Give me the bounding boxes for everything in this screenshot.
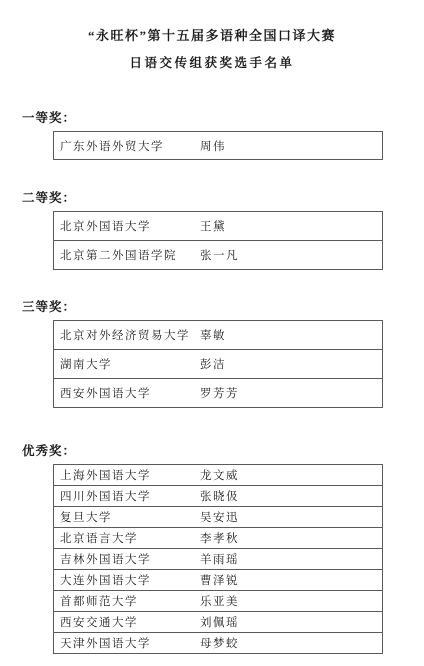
award-section: 二等奖：北京外国语大学王黛北京第二外国语学院张一凡 bbox=[0, 191, 424, 270]
winner-name-cell: 刘佩瑶 bbox=[194, 612, 383, 633]
section-label: 三等奖： bbox=[22, 300, 424, 314]
document-title: “永旺杯”第十五届多语种全国口译大赛 bbox=[0, 28, 424, 44]
school-cell: 大连外国语大学 bbox=[54, 570, 195, 591]
award-table: 北京对外经济贸易大学辜敏湖南大学彭洁西安外国语大学罗芳芳 bbox=[53, 320, 383, 408]
award-table: 广东外语外贸大学周伟 bbox=[53, 131, 383, 160]
award-table: 北京外国语大学王黛北京第二外国语学院张一凡 bbox=[53, 211, 383, 270]
school-cell: 西安交通大学 bbox=[54, 612, 195, 633]
school-cell: 天津外国语大学 bbox=[54, 633, 195, 654]
winner-name-cell: 罗芳芳 bbox=[194, 379, 383, 408]
school-cell: 西安外国语大学 bbox=[54, 379, 195, 408]
winner-name-cell: 龙文威 bbox=[194, 465, 383, 486]
award-section: 一等奖：广东外语外贸大学周伟 bbox=[0, 111, 424, 160]
school-cell: 首都师范大学 bbox=[54, 591, 195, 612]
table-row: 北京第二外国语学院张一凡 bbox=[54, 241, 383, 270]
table-row: 吉林外国语大学羊雨瑶 bbox=[54, 549, 383, 570]
table-row: 西安外国语大学罗芳芳 bbox=[54, 379, 383, 408]
school-cell: 北京对外经济贸易大学 bbox=[54, 321, 195, 350]
table-row: 四川外国语大学张晓伋 bbox=[54, 486, 383, 507]
table-row: 首都师范大学乐亚美 bbox=[54, 591, 383, 612]
table-row: 北京语言大学李孝秋 bbox=[54, 528, 383, 549]
award-section: 优秀奖：上海外国语大学龙文威四川外国语大学张晓伋复旦大学吴安迅北京语言大学李孝秋… bbox=[0, 444, 424, 654]
table-row: 北京对外经济贸易大学辜敏 bbox=[54, 321, 383, 350]
school-cell: 湖南大学 bbox=[54, 350, 195, 379]
document-subtitle: 日语交传组获奖选手名单 bbox=[0, 56, 424, 71]
winner-name-cell: 吴安迅 bbox=[194, 507, 383, 528]
award-section: 三等奖：北京对外经济贸易大学辜敏湖南大学彭洁西安外国语大学罗芳芳 bbox=[0, 300, 424, 408]
school-cell: 四川外国语大学 bbox=[54, 486, 195, 507]
document-page: “永旺杯”第十五届多语种全国口译大赛 日语交传组获奖选手名单 一等奖：广东外语外… bbox=[0, 0, 424, 666]
table-row: 西安交通大学刘佩瑶 bbox=[54, 612, 383, 633]
sections: 一等奖：广东外语外贸大学周伟二等奖：北京外国语大学王黛北京第二外国语学院张一凡三… bbox=[0, 111, 424, 654]
table-row: 北京外国语大学王黛 bbox=[54, 212, 383, 241]
school-cell: 北京第二外国语学院 bbox=[54, 241, 195, 270]
section-label: 一等奖： bbox=[22, 111, 424, 125]
school-cell: 北京语言大学 bbox=[54, 528, 195, 549]
winner-name-cell: 母梦蛟 bbox=[194, 633, 383, 654]
winner-name-cell: 乐亚美 bbox=[194, 591, 383, 612]
winner-name-cell: 羊雨瑶 bbox=[194, 549, 383, 570]
winner-name-cell: 辜敏 bbox=[194, 321, 383, 350]
winner-name-cell: 曹泽锐 bbox=[194, 570, 383, 591]
school-cell: 吉林外国语大学 bbox=[54, 549, 195, 570]
school-cell: 广东外语外贸大学 bbox=[54, 132, 195, 160]
award-table: 上海外国语大学龙文威四川外国语大学张晓伋复旦大学吴安迅北京语言大学李孝秋吉林外国… bbox=[53, 464, 383, 654]
section-label: 二等奖： bbox=[22, 191, 424, 205]
table-row: 天津外国语大学母梦蛟 bbox=[54, 633, 383, 654]
table-row: 湖南大学彭洁 bbox=[54, 350, 383, 379]
table-row: 大连外国语大学曹泽锐 bbox=[54, 570, 383, 591]
winner-name-cell: 王黛 bbox=[194, 212, 383, 241]
winner-name-cell: 周伟 bbox=[194, 132, 383, 160]
table-row: 上海外国语大学龙文威 bbox=[54, 465, 383, 486]
school-cell: 复旦大学 bbox=[54, 507, 195, 528]
winner-name-cell: 李孝秋 bbox=[194, 528, 383, 549]
table-row: 复旦大学吴安迅 bbox=[54, 507, 383, 528]
section-label: 优秀奖： bbox=[22, 444, 424, 458]
winner-name-cell: 张晓伋 bbox=[194, 486, 383, 507]
winner-name-cell: 彭洁 bbox=[194, 350, 383, 379]
school-cell: 北京外国语大学 bbox=[54, 212, 195, 241]
table-row: 广东外语外贸大学周伟 bbox=[54, 132, 383, 160]
winner-name-cell: 张一凡 bbox=[194, 241, 383, 270]
school-cell: 上海外国语大学 bbox=[54, 465, 195, 486]
